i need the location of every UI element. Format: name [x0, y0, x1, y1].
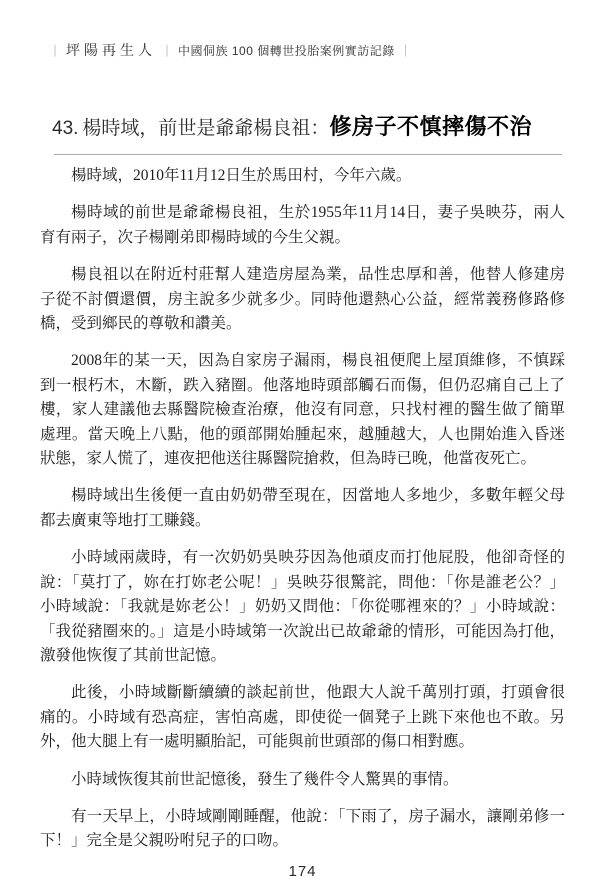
running-head-separator-left: ｜ — [49, 44, 61, 58]
chapter-title: 43.楊時域，前世是爺爺楊良祖：修房子不慎摔傷不治 — [52, 110, 565, 141]
title-divider — [54, 154, 562, 155]
running-head-separator-right: ｜ — [400, 44, 412, 58]
paragraph: 有一天早上，小時域剛剛睡醒，他說：「下雨了，房子漏水，讓剛弟修一下！」完全是父親… — [40, 805, 565, 854]
chapter-title-bold: 修房子不慎摔傷不治 — [329, 114, 532, 139]
running-head: ｜坪陽再生人｜中國侗族 100 個轉世投胎案例實訪記錄｜ — [44, 40, 417, 60]
running-head-book-subtitle: 中國侗族 100 個轉世投胎案例實訪記錄 — [178, 44, 395, 58]
chapter-number: 43. — [52, 118, 78, 139]
running-head-separator-middle: ｜ — [161, 44, 173, 58]
paragraph: 楊良祖以在附近村莊幫人建造房屋為業，品性忠厚和善，他替人修建房子從不討價還價，房… — [40, 263, 565, 336]
paragraph: 楊時域，2010年11月12日生於馬田村，今年六歲。 — [40, 164, 565, 188]
page-number: 174 — [0, 863, 605, 880]
paragraph: 小時域兩歲時，有一次奶奶吳映芬因為他頑皮而打他屁股，他卻奇怪的說：「莫打了，妳在… — [40, 546, 565, 668]
chapter-title-regular: 楊時域，前世是爺爺楊良祖： — [82, 118, 329, 139]
paragraph: 此後，小時域斷斷續續的談起前世，他跟大人說千萬別打頭，打頭會很痛的。小時域有恐高… — [40, 681, 565, 754]
paragraph: 楊時域的前世是爺爺楊良祖，生於1955年11月14日，妻子吳映芬，兩人育有兩子，… — [40, 201, 565, 250]
paragraph: 小時域恢復其前世記憶後，發生了幾件令人驚異的事情。 — [40, 768, 565, 792]
running-head-book-title: 坪陽再生人 — [66, 44, 156, 59]
paragraph: 楊時域出生後便一直由奶奶帶至現在，因當地人多地少，多數年輕父母都去廣東等地打工賺… — [40, 484, 565, 533]
paragraph: 2008年的某一天，因為自家房子漏雨，楊良祖便爬上屋頂維修，不慎踩到一根朽木，木… — [40, 349, 565, 471]
chapter-body: 楊時域，2010年11月12日生於馬田村，今年六歲。 楊時域的前世是爺爺楊良祖，… — [40, 164, 565, 867]
book-page: ｜坪陽再生人｜中國侗族 100 個轉世投胎案例實訪記錄｜ 43.楊時域，前世是爺… — [0, 0, 605, 896]
